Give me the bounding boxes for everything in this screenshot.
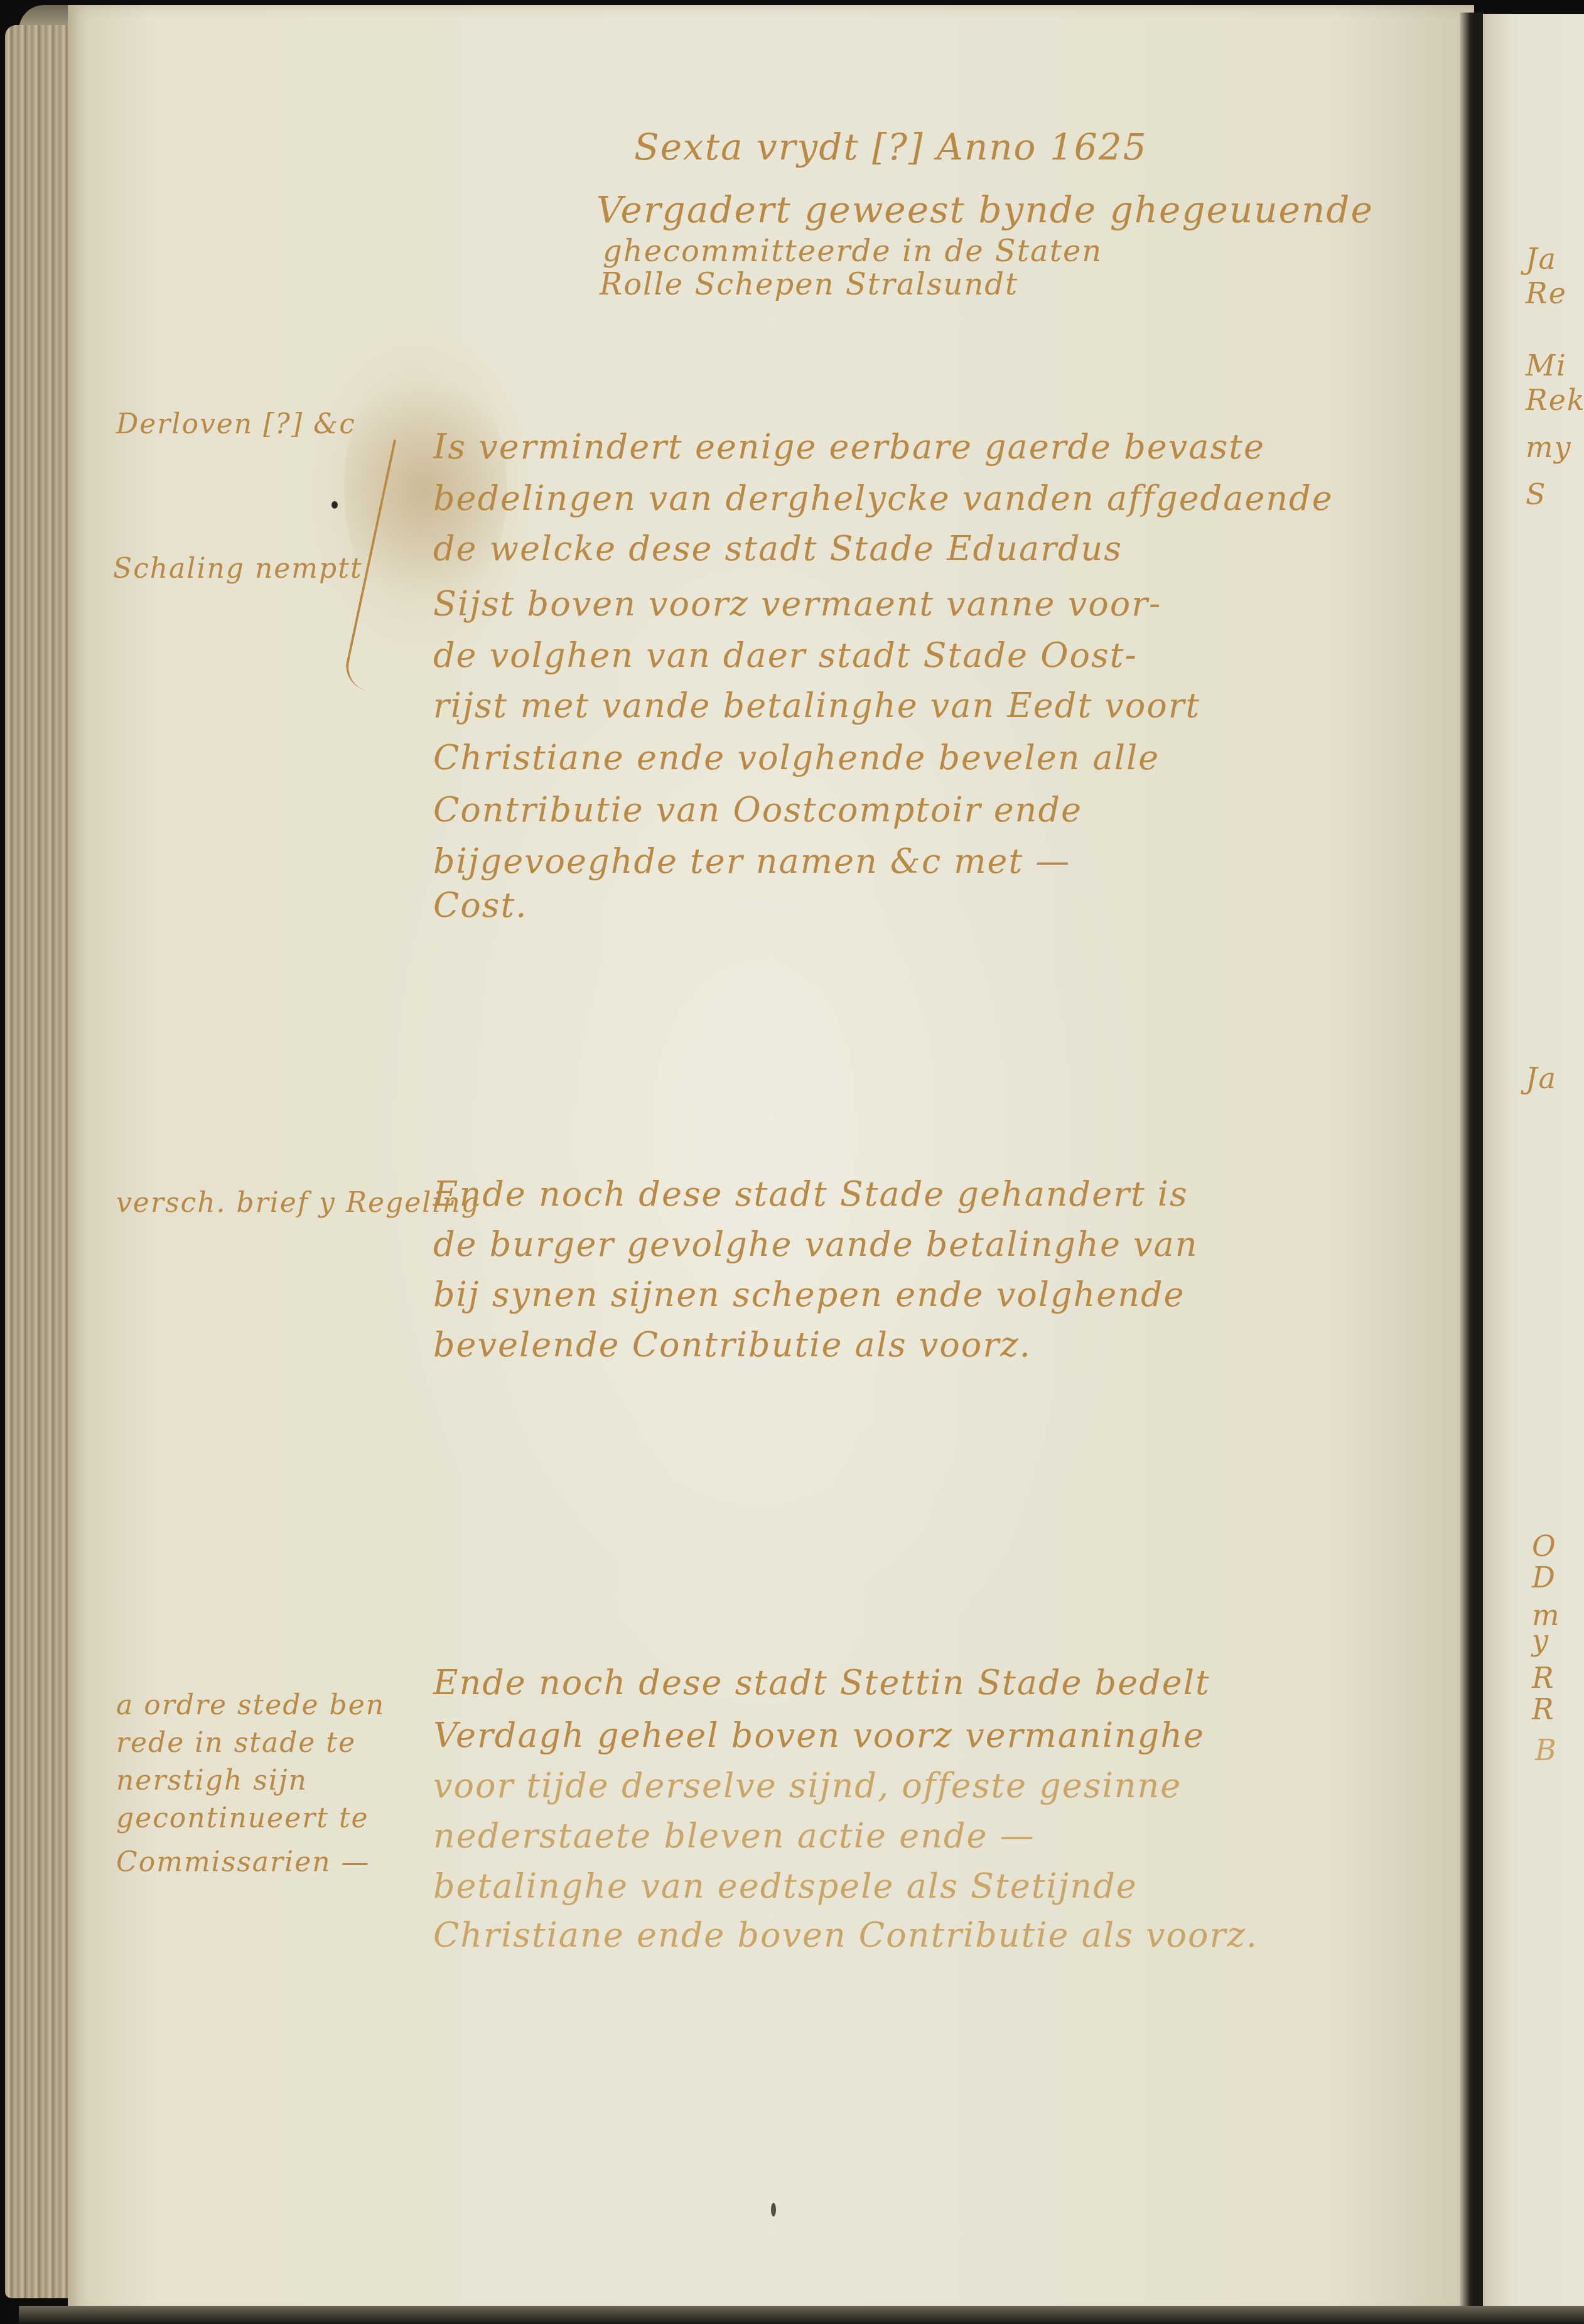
facing-fragment: Ja (1526, 1061, 1557, 1095)
entry-line: Contributie van Oostcomptoir ende (433, 790, 1082, 830)
margin-note-line: gecontinueert te (116, 1802, 369, 1834)
facing-fragment: Ja (1526, 242, 1557, 276)
entry-line: Ende noch dese stadt Stettin Stade bedel… (433, 1663, 1210, 1702)
facing-fragment: my (1526, 430, 1572, 464)
facing-fragment: Rek (1526, 383, 1584, 417)
margin-note-line: a ordre stede ben (116, 1689, 385, 1721)
entry-line: de burger gevolghe vande betalinghe van (433, 1224, 1199, 1264)
facing-fragment: R (1532, 1661, 1555, 1695)
entry-line: bij synen sijnen schepen ende volghende (433, 1275, 1185, 1314)
entry-line: Verdagh geheel boven voorz vermaninghe (433, 1716, 1205, 1755)
entry-line: bijgevoeghde ter namen &c met — (433, 841, 1070, 881)
entry-line: Cost. (433, 885, 527, 925)
entry-line: Christiane ende volghende bevelen alle (433, 738, 1160, 777)
entry-line: de volghen van daer stadt Stade Oost- (433, 635, 1138, 675)
margin-note-line: Commissarien — (116, 1846, 370, 1878)
heading-line-2: Vergadert geweest bynde ghegeuuende (596, 188, 1374, 231)
entry-line: de welcke dese stadt Stade Eduardus (433, 529, 1123, 568)
ink-spot (771, 2203, 776, 2217)
entry-line: Sijst boven voorz vermaent vanne voor- (433, 584, 1161, 624)
entry-line: betalinghe van eedtspele als Stetijnde (433, 1866, 1138, 1906)
entry-line: nederstaete bleven actie ende — (433, 1816, 1035, 1856)
facing-fragment: O (1532, 1529, 1557, 1563)
facing-fragment: y (1532, 1623, 1549, 1657)
entry-line: bedelingen van derghelycke vanden affged… (433, 478, 1333, 518)
margin-note-line: versch. brief y Regeling (116, 1187, 480, 1219)
entry-line: Ende noch dese stadt Stade gehandert is (433, 1174, 1188, 1214)
entry-line: Christiane ende boven Contributie als vo… (433, 1915, 1258, 1955)
margin-note-line: rede in stade te (116, 1727, 356, 1759)
margin-note-line: nerstigh sijn (116, 1765, 308, 1797)
book-gutter (1460, 13, 1485, 2311)
facing-fragment: B (1535, 1733, 1558, 1767)
facing-fragment: R (1532, 1692, 1555, 1726)
heading-line-3: ghecommitteerde in de Staten (603, 234, 1102, 269)
entry-line: rijst met vande betalinghe van Eedt voor… (433, 686, 1200, 725)
facing-fragment: D (1532, 1560, 1556, 1594)
book-block-page-edges (5, 25, 74, 2298)
entry-line: bevelende Contributie als voorz. (433, 1325, 1032, 1365)
book-bottom-edge (19, 2306, 1584, 2324)
manuscript-page (68, 5, 1474, 2316)
heading-line-1: Sexta vrydt [?] Anno 1625 (634, 126, 1148, 168)
margin-note-line: Schaling nemptt (113, 553, 363, 585)
facing-fragment: Mi (1526, 349, 1567, 382)
facing-fragment: Re (1526, 276, 1567, 310)
facing-fragment: S (1526, 477, 1547, 511)
entry-line: voor tijde derselve sijnd, offeste gesin… (433, 1766, 1182, 1805)
heading-line-4: Rolle Schepen Stralsundt (600, 267, 1018, 302)
margin-note-line: Derloven [?] &c (116, 408, 356, 440)
entry-line: Is vermindert eenige eerbare gaerde beva… (433, 427, 1265, 467)
ink-spot (331, 501, 338, 509)
